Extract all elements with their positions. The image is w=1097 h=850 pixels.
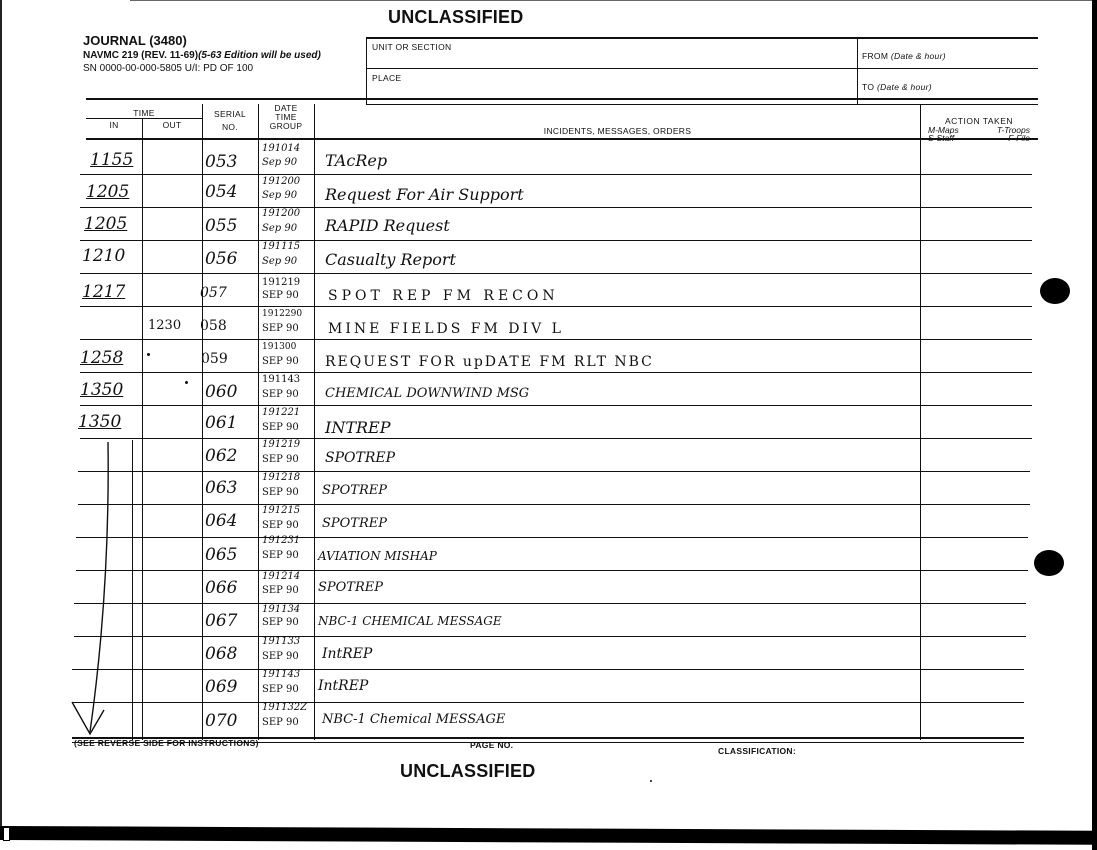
entry-dtg-month: SEP 90 — [262, 323, 299, 334]
entry-dtg-day: 191221 — [262, 407, 300, 418]
entry-message: AVIATION MISHAP — [318, 549, 437, 563]
col-time-header: TIME — [86, 109, 202, 118]
entry-serial: 058 — [200, 318, 227, 334]
entry-time-in: 1155 — [90, 150, 133, 170]
rule — [366, 104, 1038, 105]
entry-serial: 055 — [205, 216, 237, 236]
entry-serial: 070 — [205, 711, 237, 731]
entry-message: REQUEST FOR upDATE FM RLT NBC — [325, 354, 654, 370]
scan-edge-left — [0, 0, 2, 830]
row-rule — [80, 339, 1032, 340]
entry-dtg-month: SEP 90 — [262, 651, 299, 662]
rule — [366, 68, 1038, 69]
row-rule — [80, 306, 1032, 307]
rule — [366, 37, 367, 105]
entry-message: CHEMICAL DOWNWIND MSG — [325, 386, 529, 401]
entry-serial: 063 — [205, 478, 237, 498]
rule — [142, 118, 143, 740]
entry-serial: 061 — [205, 413, 237, 433]
classification-bottom: UNCLASSIFIED — [400, 761, 535, 782]
entry-serial: 053 — [205, 152, 237, 172]
entry-serial: 068 — [205, 644, 237, 664]
entry-message: MINE FIELDS FM DIV L — [328, 321, 564, 337]
entry-message: SPOTREP — [318, 580, 383, 595]
entry-serial: 060 — [205, 382, 237, 402]
pen-mark — [185, 381, 188, 384]
entry-serial: 056 — [205, 249, 237, 269]
col-dtg-header-line3: GROUP — [258, 122, 314, 131]
row-rule — [76, 537, 1028, 538]
entry-dtg-month: Sep 90 — [262, 256, 297, 267]
entry-dtg-month: SEP 90 — [262, 454, 299, 465]
rule — [86, 118, 202, 119]
from-field[interactable] — [862, 60, 1032, 68]
page-no-label: PAGE NO. — [470, 740, 513, 750]
entry-dtg-month: Sep 90 — [262, 223, 297, 234]
row-rule — [76, 570, 1028, 571]
entry-dtg-month: SEP 90 — [262, 290, 299, 301]
continuation-arrow-icon — [70, 440, 120, 740]
row-rule — [80, 240, 1032, 241]
entry-serial: 065 — [205, 545, 237, 565]
entry-dtg-day: 191133 — [262, 636, 300, 647]
entry-dtg-day: 191143 — [262, 669, 300, 680]
to-field[interactable] — [862, 90, 1032, 98]
entry-message: INTREP — [325, 418, 390, 437]
scan-edge-bottom — [0, 826, 1097, 845]
scan-edge-marker — [3, 827, 10, 841]
entry-dtg-month: SEP 90 — [262, 356, 299, 367]
rule — [132, 440, 133, 740]
entry-serial: 067 — [205, 611, 237, 631]
entry-dtg-day: 191219 — [262, 439, 300, 450]
place-label: PLACE — [372, 73, 401, 83]
form-number: NAVMC 219 (REV. 11-69) — [83, 50, 198, 61]
classification-field[interactable] — [820, 744, 1000, 756]
punch-hole — [1040, 278, 1070, 304]
entry-message: Casualty Report — [325, 250, 456, 269]
entry-dtg-month: SEP 90 — [262, 585, 299, 596]
entry-message: Request For Air Support — [325, 185, 524, 204]
entry-serial: 054 — [205, 182, 237, 202]
entry-message: SPOTREP — [322, 516, 387, 531]
row-rule — [80, 372, 1032, 373]
rule — [366, 37, 1038, 39]
rule — [202, 104, 203, 740]
entry-message: IntREP — [318, 678, 368, 694]
edition-note: (5-63 Edition will be used) — [198, 50, 321, 61]
col-time-in-header: IN — [86, 121, 142, 130]
col-serial-header: SERIAL NO. — [202, 110, 258, 132]
entry-dtg-month: SEP 90 — [262, 717, 299, 728]
entry-dtg-month: SEP 90 — [262, 487, 299, 498]
entry-serial: 064 — [205, 511, 237, 531]
entry-message: NBC-1 Chemical MESSAGE — [322, 712, 505, 727]
place-field[interactable] — [372, 84, 852, 98]
form-title: JOURNAL (3480) — [83, 33, 187, 48]
entry-message: SPOTREP — [322, 483, 387, 498]
entry-time-in: 1350 — [80, 380, 123, 400]
entry-message: TAcRep — [325, 151, 387, 170]
unit-or-section-field[interactable] — [372, 52, 852, 66]
entry-serial: 057 — [200, 285, 227, 301]
entry-dtg-day: 191231 — [262, 535, 300, 546]
classification-label: CLASSIFICATION: — [718, 746, 796, 756]
entry-dtg-day: 191143 — [262, 374, 300, 385]
entry-dtg-day: 191215 — [262, 505, 300, 516]
row-rule — [80, 174, 1032, 175]
row-rule — [72, 669, 1024, 670]
entry-time-in: 1258 — [80, 348, 123, 368]
entry-dtg-month: Sep 90 — [262, 157, 297, 168]
classification-top: UNCLASSIFIED — [388, 7, 523, 28]
row-rule — [78, 504, 1030, 505]
entry-time-in: 1350 — [78, 412, 121, 432]
scan-edge-right — [1092, 0, 1097, 850]
row-rule — [80, 405, 1032, 406]
entry-dtg-day: 191115 — [262, 241, 300, 252]
entry-dtg-month: SEP 90 — [262, 684, 299, 695]
entry-dtg-month: SEP 90 — [262, 520, 299, 531]
entry-serial: 059 — [201, 351, 228, 367]
rule — [86, 138, 1038, 140]
entry-dtg-day: 191219 — [262, 277, 300, 288]
col-serial-header-line1: SERIAL — [202, 110, 258, 119]
entry-message: SPOT REP FM RECON — [328, 288, 559, 304]
rule — [86, 98, 1038, 100]
entry-dtg-month: Sep 90 — [262, 190, 297, 201]
entry-serial: 062 — [205, 446, 237, 466]
entry-dtg-day: 191300 — [262, 342, 296, 352]
row-rule — [80, 438, 1032, 439]
row-rule — [74, 603, 1026, 604]
punch-hole — [1034, 550, 1064, 576]
page-no-field[interactable] — [525, 738, 645, 750]
col-time-out-header: OUT — [143, 121, 201, 130]
entry-dtg-day: 191132Z — [262, 702, 307, 713]
scan-speck — [650, 780, 652, 782]
entry-message: RAPID Request — [325, 216, 450, 235]
entry-message: NBC-1 CHEMICAL MESSAGE — [318, 614, 502, 628]
entry-dtg-day: 191218 — [262, 472, 300, 483]
entry-time-in: 1217 — [82, 282, 125, 302]
entry-message: IntREP — [322, 646, 372, 662]
pen-mark — [147, 353, 150, 356]
entry-time-in: 1210 — [82, 246, 125, 266]
rule — [258, 104, 259, 740]
entry-dtg-day: 191014 — [262, 143, 300, 154]
entry-dtg-day: 191200 — [262, 176, 300, 187]
row-rule — [72, 702, 1024, 703]
entry-dtg-day: 191134 — [262, 604, 300, 615]
row-rule — [78, 471, 1030, 472]
entry-dtg-day: 191214 — [262, 571, 300, 582]
entry-time-out: 1230 — [148, 318, 181, 333]
entry-serial: 066 — [205, 578, 237, 598]
entry-dtg-month: SEP 90 — [262, 389, 299, 400]
unit-or-section-label: UNIT OR SECTION — [372, 42, 451, 52]
rule — [857, 37, 858, 105]
stock-number: SN 0000-00-000-5805 U/I: PD OF 100 — [83, 63, 253, 74]
rule — [314, 104, 315, 740]
entry-serial: 069 — [205, 677, 237, 697]
row-rule — [74, 636, 1026, 637]
entry-dtg-month: SEP 90 — [262, 550, 299, 561]
scan-edge-top — [130, 0, 1097, 1]
entry-time-in: 1205 — [86, 182, 129, 202]
col-incidents-header: INCIDENTS, MESSAGES, ORDERS — [315, 127, 920, 136]
instructions-note: (SEE REVERSE SIDE FOR INSTRUCTIONS) — [74, 738, 259, 748]
form-number-line: NAVMC 219 (REV. 11-69)(5-63 Edition will… — [83, 50, 321, 61]
entry-message: SPOTREP — [325, 450, 395, 466]
rule — [920, 104, 921, 740]
entry-dtg-month: SEP 90 — [262, 617, 299, 628]
entry-dtg-month: SEP 90 — [262, 422, 299, 433]
entry-dtg-day: 191200 — [262, 208, 300, 219]
row-rule — [80, 207, 1032, 208]
col-dtg-header: DATE TIME GROUP — [258, 104, 314, 131]
col-serial-header-line2: NO. — [202, 123, 258, 132]
entry-time-in: 1205 — [84, 214, 127, 234]
row-rule — [80, 273, 1032, 274]
entry-dtg-day: 1912290 — [262, 309, 302, 319]
